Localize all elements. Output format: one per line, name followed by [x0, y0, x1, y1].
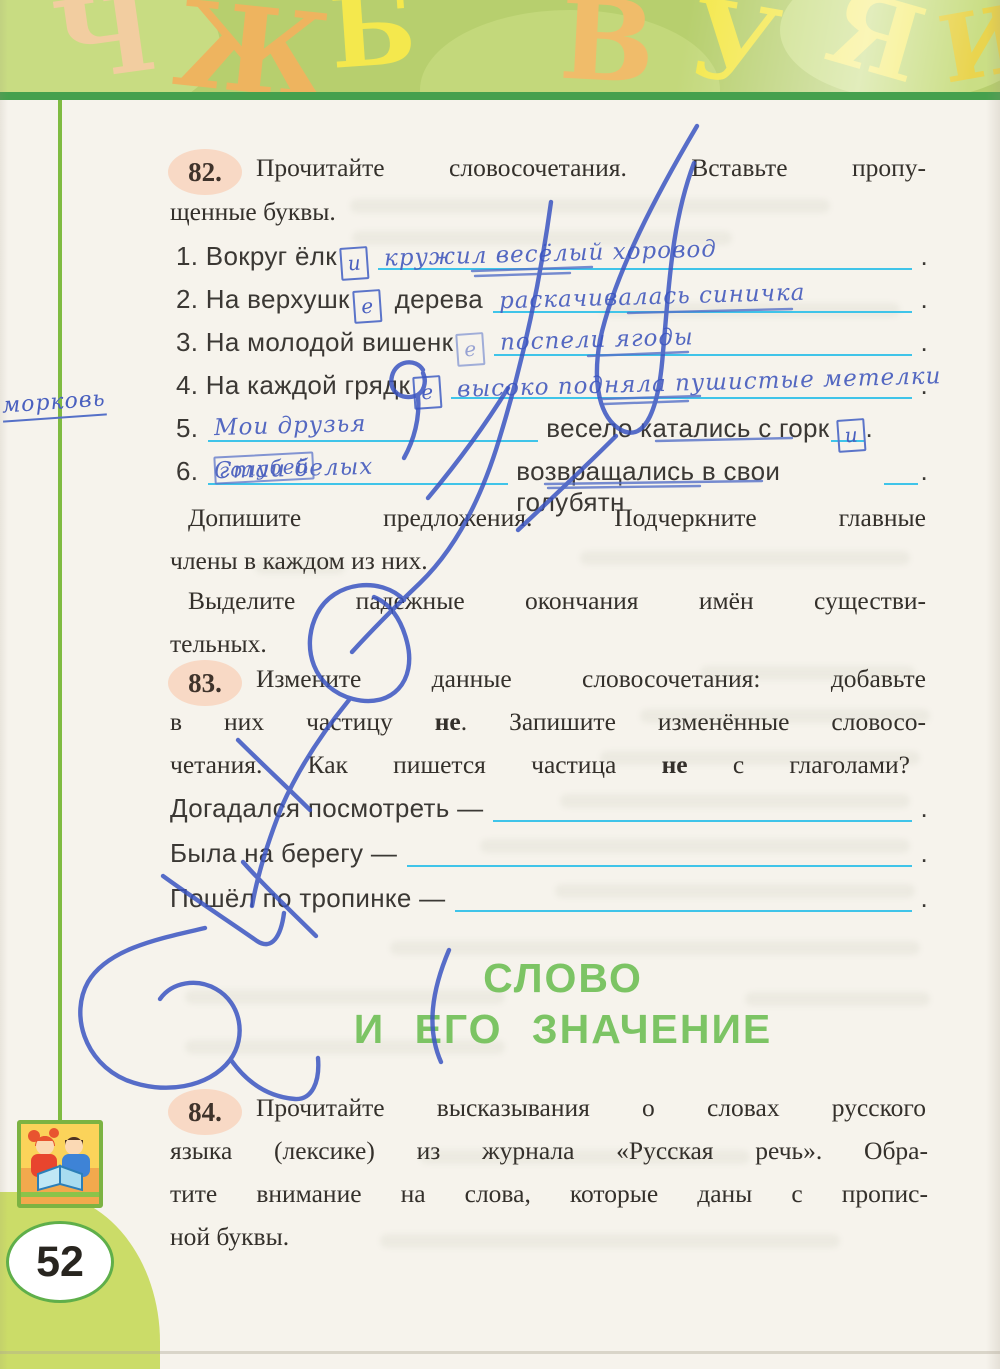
exercise-82-badge: 82.: [168, 149, 242, 195]
exercise-84-instruction-line: ной буквы.: [170, 1221, 289, 1253]
answer-blank: высоко подняла пушистые метелки: [451, 397, 912, 399]
workbook-item: Была на берегу — .: [170, 838, 928, 869]
boxed-letter: и: [339, 246, 369, 281]
scan-edge-shadow: [0, 0, 8, 1369]
bleed-through-artifact: [580, 551, 910, 565]
exercise-84-badge: 84.: [168, 1089, 242, 1135]
section-heading-line-2: И ЕГО ЗНАЧЕНИЕ: [126, 1006, 1000, 1053]
boxed-letter: е: [412, 375, 442, 410]
item-printed-text: 5.: [176, 413, 198, 444]
margin-rule: [58, 100, 62, 1195]
workbook-item: Пошёл по тропинке — .: [170, 883, 928, 914]
answer-blank: кружил весёлый хоровод: [378, 268, 913, 270]
handwritten-answer: поспели ягоды: [500, 324, 694, 355]
item-printed-text: Пошёл по тропинке —: [170, 883, 445, 914]
bleed-through-artifact: [390, 941, 920, 955]
workbook-item: Догадался посмотреть — .: [170, 793, 928, 824]
item-printed-text: 6.: [176, 456, 198, 487]
handwritten-answer: кружил весёлый хоровод: [384, 236, 718, 271]
item-printed-text: 1. Вокруг ёлк: [176, 241, 337, 272]
answer-blank: [407, 865, 912, 867]
text-run: . Запишите изменённые словосо-: [461, 707, 926, 736]
item-printed-text: .: [920, 883, 928, 914]
workbook-item: 3. На молодой вишенк е поспели ягоды .: [176, 327, 928, 361]
handwritten-answer: голубей: [214, 451, 316, 484]
item-printed-text: весело катались с горк: [546, 413, 829, 444]
text-run: четания. Как пишется частица: [170, 750, 662, 779]
item-printed-text: .: [920, 284, 928, 315]
answer-blank: поспели ягоды: [494, 354, 912, 356]
item-printed-text: 3. На молодой вишенк: [176, 327, 453, 358]
green-rule: [0, 92, 1000, 100]
scan-glare: [0, 0, 1000, 92]
instruction-line: тельных.: [170, 628, 267, 660]
exercise-82-instruction-line: Прочитайте словосочетания. Вставьте проп…: [256, 152, 926, 184]
bold-particle: не: [662, 750, 688, 779]
instruction-line: Допишите предложения. Подчеркните главны…: [188, 502, 926, 534]
scan-edge-shadow: [986, 0, 1000, 1369]
workbook-item: 1. Вокруг ёлк и кружил весёлый хоровод .: [176, 241, 928, 275]
exercise-83-badge: 83.: [168, 660, 242, 706]
item-printed-text: 4. На каждой грядк: [176, 370, 410, 401]
workbook-item: 4. На каждой грядк е высоко подняла пуши…: [176, 370, 928, 404]
item-printed-text: .: [920, 456, 928, 487]
boxed-letter: е: [455, 332, 485, 367]
item-printed-text: .: [920, 327, 928, 358]
text-run: с глаголами?: [688, 750, 910, 779]
page-number-badge: 52: [6, 1221, 114, 1303]
answer-blank: [493, 820, 912, 822]
item-printed-text: .: [865, 413, 873, 444]
item-printed-text: дерева: [395, 284, 483, 315]
margin-note-carrot: морковь: [1, 386, 107, 422]
handwritten-answer: Мои друзья: [214, 411, 367, 441]
workbook-item: 5. Мои друзья весело катались с горк и .: [176, 413, 928, 447]
item-printed-text: Догадался посмотреть —: [170, 793, 483, 824]
workbook-page-scan: Ч Ж Б В У Я И 82. Прочитайте словосочета…: [0, 0, 1000, 1369]
item-printed-text: .: [920, 838, 928, 869]
scan-crease: [0, 1351, 1000, 1354]
exercise-83-instruction-line: в них частицу не. Запишите изменённые сл…: [170, 706, 926, 738]
handwritten-answer: раскачивалась синичка: [499, 280, 806, 315]
answer-blank: Стаи белых голубей: [208, 483, 508, 485]
section-heading-line-1: СЛОВО: [126, 955, 1000, 1002]
answer-blank: [455, 910, 912, 912]
exercise-84-instruction-line: языка (лексике) из журнала «Русская речь…: [170, 1135, 928, 1167]
exercise-84-instruction-line: тите внимание на слова, которые даны с п…: [170, 1178, 928, 1210]
answer-blank: раскачивалась синичка: [493, 311, 912, 313]
workbook-item: 2. На верхушк е дерева раскачивалась син…: [176, 284, 928, 318]
boxed-letter: е: [352, 289, 382, 324]
top-border-band: Ч Ж Б В У Я И: [0, 0, 1000, 92]
reading-children-illustration: [21, 1124, 99, 1204]
instruction-line: Выделите падежные окончания имён существ…: [188, 585, 926, 617]
item-printed-text: Была на берегу —: [170, 838, 397, 869]
reading-children-icon: [17, 1120, 103, 1208]
item-printed-text: .: [920, 241, 928, 272]
item-printed-text: 2. На верхушк: [176, 284, 350, 315]
item-printed-text: .: [920, 793, 928, 824]
handwritten-answer: высоко подняла пушистые метелки: [457, 363, 942, 403]
answer-blank: Мои друзья: [208, 440, 538, 442]
bleed-through-artifact: [350, 199, 830, 213]
instruction-line: члены в каждом из них.: [170, 545, 428, 577]
boxed-letter: и: [837, 418, 867, 453]
bold-particle: не: [435, 707, 461, 736]
exercise-83-instruction-line: четания. Как пишется частица не с глагол…: [170, 749, 910, 781]
bleed-through-artifact: [380, 1234, 840, 1248]
exercise-82-instruction-line: щенные буквы.: [170, 196, 336, 228]
answer-blank: [884, 483, 918, 485]
text-run: в них частицу: [170, 707, 435, 736]
exercise-84-instruction-line: Прочитайте высказывания о словах русског…: [256, 1092, 926, 1124]
exercise-83-instruction-line: Измените данные словосочетания: добавьте: [256, 663, 926, 695]
